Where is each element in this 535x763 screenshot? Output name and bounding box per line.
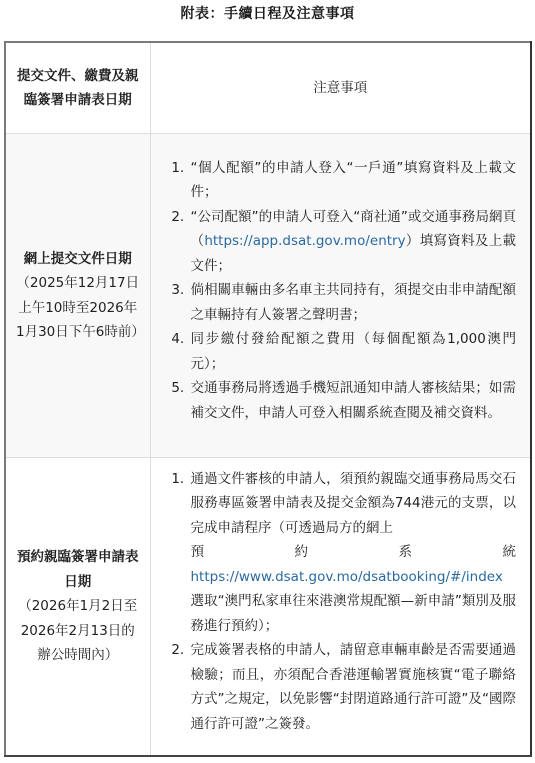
notes-cell: 通過文件審核的申請人，須預約親臨交通事務局馬交石服務專區簽署申請表及提交金額為7… [150,458,531,756]
header-date-column: 提交文件、繳費及親臨簽署申請表日期 [5,42,150,134]
dsat-booking-link[interactable]: https://www.dsat.gov.mo/dsatbooking/#/in… [191,569,503,585]
schedule-table: 提交文件、繳費及親臨簽署申請表日期 注意事項 網上提交文件日期 （2025年12… [4,41,532,757]
date-cell: 網上提交文件日期 （2025年12月17日上午10時至2026年1月30日下午6… [5,134,150,458]
date-title: 預約親臨簽署申請表日期 [16,545,140,594]
spread-char: 預 [191,540,205,565]
note-item: 交通事務局將透過手機短訊通知申請人審核結果；如需補交文件，申請人可登入相關系統查… [189,376,517,425]
table-row-appointment: 預約親臨簽署申請表日期 （2026年1月2日至2026年2月13日的辦公時間內）… [5,458,531,756]
note-item: 完成簽署表格的申請人，請留意車輛車齡是否需要通過檢驗；而且，亦須配合香港運輸署實… [189,638,517,736]
spread-char: 約 [295,540,309,565]
spread-char: 統 [503,540,517,565]
date-title: 網上提交文件日期 [16,247,140,272]
date-range: （2026年1月2日至2026年2月13日的辦公時間內） [16,594,140,668]
notes-list: 通過文件審核的申請人，須預約親臨交通事務局馬交石服務專區簽署申請表及提交金額為7… [159,467,517,737]
note-text: 選取“澳門私家車往來港澳常規配額—新申請”類別及服務進行預約）； [191,593,517,634]
spread-char: 系 [399,540,413,565]
note-item: 通過文件審核的申請人，須預約親臨交通事務局馬交石服務專區簽署申請表及提交金額為7… [189,467,517,639]
notes-list: “個人配額”的申請人登入“一戶通”填寫資料及上載文件； “公司配額”的申請人可登… [159,156,517,426]
date-cell: 預約親臨簽署申請表日期 （2026年1月2日至2026年2月13日的辦公時間內） [5,458,150,756]
table-caption: 附表：手續日程及注意事項 [0,4,535,24]
table-row-online-submission: 網上提交文件日期 （2025年12月17日上午10時至2026年1月30日下午6… [5,134,531,458]
note-item: “個人配額”的申請人登入“一戶通”填寫資料及上載文件； [189,156,517,205]
note-item: 倘相關車輛由多名車主共同持有，須提交由非申請配額之車輛持有人簽署之聲明書； [189,278,517,327]
table-header-row: 提交文件、繳費及親臨簽署申請表日期 注意事項 [5,42,531,134]
note-text: 通過文件審核的申請人，須預約親臨交通事務局馬交石服務專區簽署申請表及提交金額為7… [191,471,517,536]
date-range: （2025年12月17日上午10時至2026年1月30日下午6時前） [16,271,140,345]
header-notes-column: 注意事項 [150,42,531,134]
dsat-entry-link[interactable]: https://app.dsat.gov.mo/entry [204,233,405,249]
justified-line: 預約系統 [191,540,517,565]
notes-cell: “個人配額”的申請人登入“一戶通”填寫資料及上載文件； “公司配額”的申請人可登… [150,134,531,458]
note-item: “公司配額”的申請人可登入“商社通”或交通事務局網頁（https://app.d… [189,205,517,279]
note-item: 同步繳付發給配額之費用（每個配額為1,000澳門元）； [189,327,517,376]
